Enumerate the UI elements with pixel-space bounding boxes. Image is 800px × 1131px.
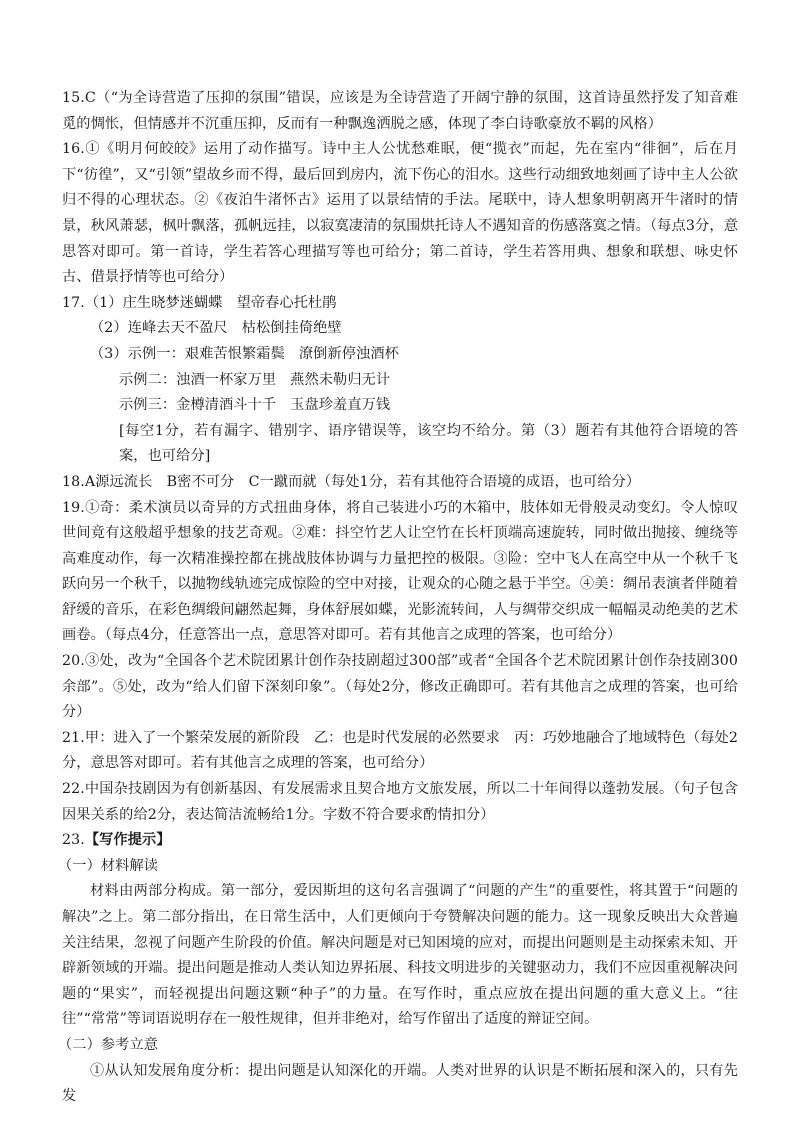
answer-17-number: 17. bbox=[62, 295, 85, 311]
reference-theme-body: ①从认知发展角度分析：提出问题是认知深化的开端。人类对世界的认识是不断拓展和深入… bbox=[62, 1059, 738, 1110]
item-label: （1） bbox=[85, 295, 123, 311]
answer-17-example-2: 示例二：浊酒一杯家万里燕然未勒归无计 bbox=[62, 368, 738, 394]
answer-16: 16.①《明月何皎皎》运用了动作描写。诗中主人公忧愁难眠，便“揽衣”而起，先在室… bbox=[62, 137, 738, 291]
item-label: （2） bbox=[90, 320, 128, 336]
answer-17-item-3: （3）示例一：艰难苦恨繁霜鬓潦倒新停浊酒杯 bbox=[62, 342, 738, 368]
verse-b: 玉盘珍羞直万钱 bbox=[290, 397, 390, 413]
answer-19: 19.①奇：柔术演员以奇异的方式扭曲身体，将自己装进小巧的木箱中，肢体如无骨般灵… bbox=[62, 496, 738, 650]
verse-b: 潦倒新停浊酒杯 bbox=[299, 346, 399, 362]
verse-a: 示例一：艰难苦恨繁霜鬓 bbox=[128, 346, 285, 362]
answer-15: 15.C（“为全诗营造了压抑的氛围”错误，应该是为全诗营造了开阔宁静的氛围，这首… bbox=[62, 86, 738, 137]
answer-21: 21.甲：进入了一个繁荣发展的新阶段 乙：也是时代发展的必然要求 丙：巧妙地融合… bbox=[62, 726, 738, 777]
answer-17-example-3: 示例三：金樽清酒斗十千玉盘珍羞直万钱 bbox=[62, 393, 738, 419]
item-label: （3） bbox=[90, 346, 128, 362]
answer-23-number: 23. bbox=[62, 832, 85, 848]
verse-a: 庄生晓梦迷蝴蝶 bbox=[123, 295, 223, 311]
reference-theme-title: （二）参考立意 bbox=[58, 1033, 738, 1059]
verse-a: 连峰去天不盈尺 bbox=[128, 320, 228, 336]
answer-23: 23.【写作提示】 （一）材料解读 材料由两部分构成。第一部分，爱因斯坦的这句名… bbox=[62, 828, 738, 1110]
writing-tips-heading: 【写作提示】 bbox=[85, 832, 171, 848]
material-interpretation-body: 材料由两部分构成。第一部分，爱因斯坦的这句名言强调了“问题的产生”的重要性，将其… bbox=[62, 879, 738, 1033]
verse-b: 枯松倒挂倚绝壁 bbox=[242, 320, 342, 336]
verse-a: 示例二：浊酒一杯家万里 bbox=[119, 372, 276, 388]
material-interpretation-title: （一）材料解读 bbox=[58, 854, 738, 880]
verse-b: 燕然未勒归无计 bbox=[290, 372, 390, 388]
answer-key-page: 15.C（“为全诗营造了压抑的氛围”错误，应该是为全诗营造了开阔宁静的氛围，这首… bbox=[62, 86, 738, 1110]
answer-17-scoring-note: [每空1分，若有漏字、错别字、语序错误等，该空均不给分。第（3）题若有其他符合语… bbox=[62, 419, 738, 470]
verse-a: 示例三：金樽清酒斗十千 bbox=[119, 397, 276, 413]
answer-23-heading-row: 23.【写作提示】 bbox=[62, 828, 738, 854]
answer-22: 22.中国杂技剧因为有创新基因、有发展需求且契合地方文旅发展，所以二十年间得以蓬… bbox=[62, 777, 738, 828]
answer-18: 18.A源远流长 B密不可分 C一蹴而就（每处1分，若有其他符合语境的成语，也可… bbox=[62, 470, 738, 496]
verse-b: 望帝春心托杜鹃 bbox=[237, 295, 337, 311]
answer-20: 20.③处，改为“全国各个艺术院团累计创作杂技剧超过300部”或者“全国各个艺术… bbox=[62, 649, 738, 726]
answer-17: 17.（1）庄生晓梦迷蝴蝶望帝春心托杜鹃 （2）连峰去天不盈尺枯松倒挂倚绝壁 （… bbox=[62, 291, 738, 470]
answer-17-item-2: （2）连峰去天不盈尺枯松倒挂倚绝壁 bbox=[62, 316, 738, 342]
answer-17-item-1: 17.（1）庄生晓梦迷蝴蝶望帝春心托杜鹃 bbox=[62, 291, 738, 317]
